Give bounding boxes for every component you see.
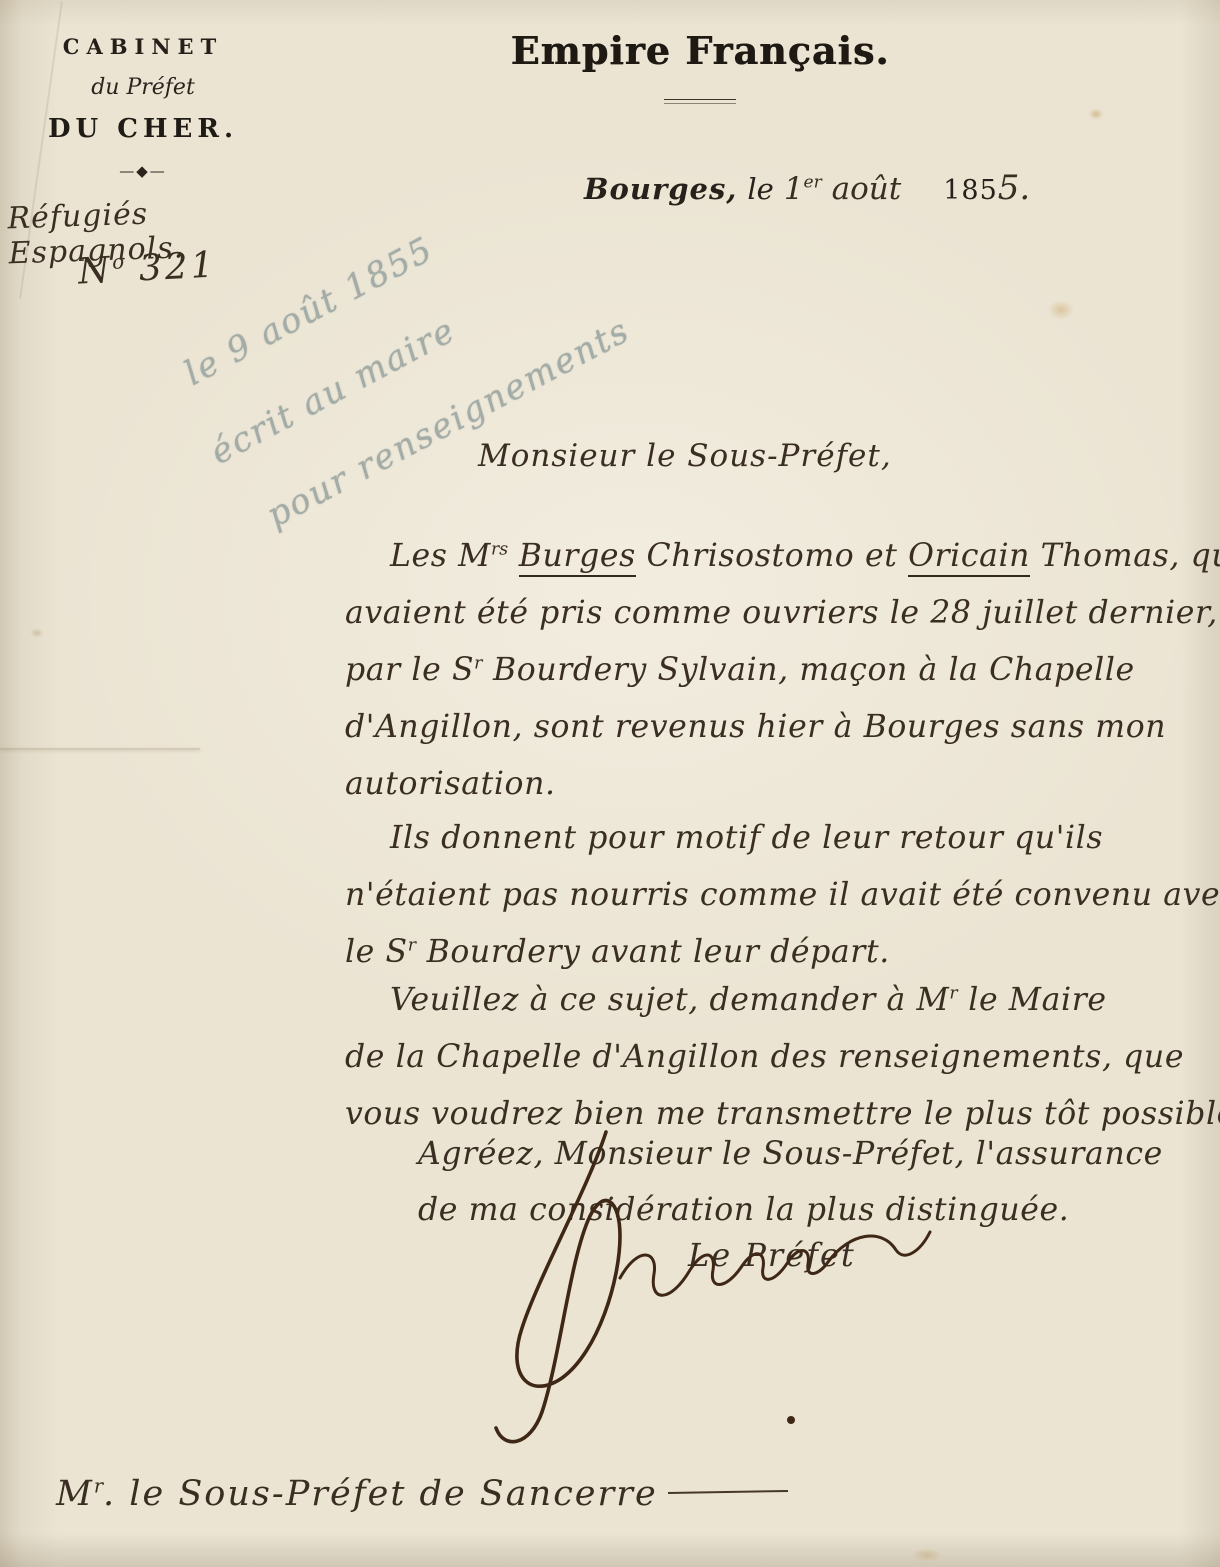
underlined-name-oricain: Oricain <box>908 538 1030 577</box>
addressee-text: . le Sous-Préfet de Sancerre <box>103 1474 658 1514</box>
underlined-name-burges: Burges <box>519 538 636 577</box>
file-number: No 321 <box>77 244 218 292</box>
letterhead-block: CABINET du Préfet DU CHER. —◆— <box>28 34 258 180</box>
dateline-le: le <box>747 172 773 206</box>
body-text: le Maire <box>958 982 1107 1018</box>
body-line: Veuillez à ce sujet, demander à Mr le Ma… <box>345 982 1195 1039</box>
letterhead-cabinet: CABINET <box>28 34 258 59</box>
body-text: Les M <box>390 538 491 574</box>
pencil-annotation: le 9 août 1855 écrit au maire pour rense… <box>168 77 778 557</box>
header-block: Empire Français. <box>470 28 930 104</box>
body-text: Veuillez à ce sujet, demander à M <box>390 982 949 1018</box>
body-line: n'étaient pas nourris comme il avait été… <box>345 877 1195 934</box>
body-line: Ils donnent pour motif de leur retour qu… <box>345 820 1195 877</box>
paragraph-1: Les Mrs Burges Chrisostomo et Oricain Th… <box>345 538 1195 823</box>
paper-crease <box>0 748 200 750</box>
body-line: Les Mrs Burges Chrisostomo et Oricain Th… <box>345 538 1195 595</box>
body-text: Bourdery Sylvain, maçon à la Chapelle <box>482 652 1134 688</box>
ornament-divider-icon: —◆— <box>28 162 258 180</box>
body-text <box>508 538 519 574</box>
dateline-month: août <box>822 171 901 207</box>
body-text: Chrisostomo et <box>636 538 908 574</box>
body-text: par le S <box>345 652 474 688</box>
letterhead-du-prefet: du Préfet <box>28 75 258 100</box>
body-sup: r <box>949 984 957 1004</box>
body-line: d'Angillon, sont revenus hier à Bourges … <box>345 709 1195 766</box>
addressee-sup: r <box>94 1474 103 1497</box>
dateline-day: 1er août <box>784 171 901 207</box>
foxing-stain <box>1048 300 1074 320</box>
footer-flourish-dash <box>668 1490 788 1494</box>
file-number-value: 321 <box>123 244 217 290</box>
body-line: de la Chapelle d'Angillon des renseignem… <box>345 1039 1195 1096</box>
foxing-stain <box>1088 108 1104 120</box>
addressee-line: Mr. le Sous-Préfet de Sancerre <box>56 1474 788 1514</box>
letterhead-du-cher: DU CHER. <box>28 114 258 144</box>
dateline-year-printed: 185 <box>943 175 998 206</box>
addressee-text: M <box>56 1474 94 1514</box>
dateline-year-digit: 5. <box>998 168 1030 208</box>
body-text: Bourdery avant leur départ. <box>416 934 890 970</box>
letter-page: CABINET du Préfet DU CHER. —◆— Réfugiés … <box>0 0 1220 1567</box>
body-sup: rs <box>491 540 508 560</box>
dateline-day-sup: er <box>804 173 822 193</box>
body-text: le S <box>345 934 408 970</box>
file-number-prefix: N <box>77 250 114 293</box>
body-text: Thomas, qui <box>1030 538 1220 574</box>
dateline-day-number: 1 <box>784 171 804 207</box>
body-line: autorisation. <box>345 766 1195 823</box>
page-title: Empire Français. <box>470 28 930 73</box>
paragraph-2: Ils donnent pour motif de leur retour qu… <box>345 820 1195 991</box>
foxing-stain <box>912 1548 942 1562</box>
foxing-stain <box>30 628 44 638</box>
salutation: Monsieur le Sous-Préfet, <box>478 438 892 474</box>
prefect-signature <box>438 1128 1058 1448</box>
body-line: par le Sr Bourdery Sylvain, maçon à la C… <box>345 652 1195 709</box>
body-line: avaient été pris comme ouvriers le 28 ju… <box>345 595 1195 652</box>
body-sup: r <box>408 936 416 956</box>
